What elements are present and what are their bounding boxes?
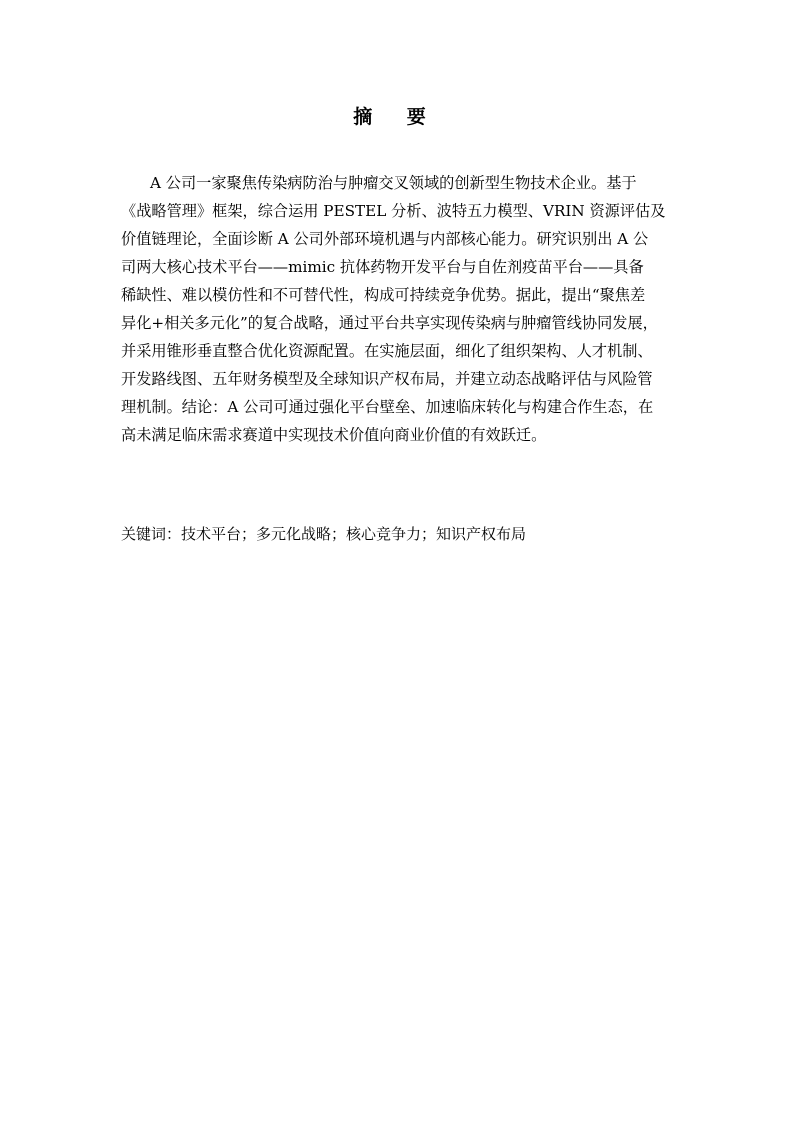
abstract-line: 司两大核心技术平台——mimic 抗体药物开发平台与自佐剂疫苗平台——具备 <box>121 253 677 281</box>
abstract-line: 并采用锥形垂直整合优化资源配置。在实施层面，细化了组织架构、人才机制、 <box>121 337 677 365</box>
document-page: 摘 要 A 公司一家聚焦传染病防治与肿瘤交叉领域的创新型生物技术企业。基于 《战… <box>0 0 793 1122</box>
keywords: 关键词：技术平台；多元化战略；核心竞争力；知识产权布局 <box>121 520 526 548</box>
abstract-line: A 公司一家聚焦传染病防治与肿瘤交叉领域的创新型生物技术企业。基于 <box>121 169 677 197</box>
abstract-line: 价值链理论，全面诊断 A 公司外部环境机遇与内部核心能力。研究识别出 A 公 <box>121 225 677 253</box>
abstract-line: 理机制。结论：A 公司可通过强化平台壁垒、加速临床转化与构建合作生态，在 <box>121 393 677 421</box>
keywords-label: 关键词： <box>121 525 181 543</box>
keywords-list: 技术平台；多元化战略；核心竞争力；知识产权布局 <box>181 525 526 543</box>
abstract-title: 摘 要 <box>0 104 793 130</box>
abstract-line: 异化+相关多元化”的复合战略，通过平台共享实现传染病与肿瘤管线协同发展， <box>121 309 677 337</box>
abstract-line: 《战略管理》框架，综合运用 PESTEL 分析、波特五力模型、VRIN 资源评估… <box>121 197 677 225</box>
abstract-line: 开发路线图、五年财务模型及全球知识产权布局，并建立动态战略评估与风险管 <box>121 365 677 393</box>
abstract-line: 稀缺性、难以模仿性和不可替代性，构成可持续竞争优势。据此，提出“聚焦差 <box>121 281 677 309</box>
abstract-line: 高未满足临床需求赛道中实现技术价值向商业价值的有效跃迁。 <box>121 421 677 449</box>
abstract-body: A 公司一家聚焦传染病防治与肿瘤交叉领域的创新型生物技术企业。基于 《战略管理》… <box>121 169 677 449</box>
